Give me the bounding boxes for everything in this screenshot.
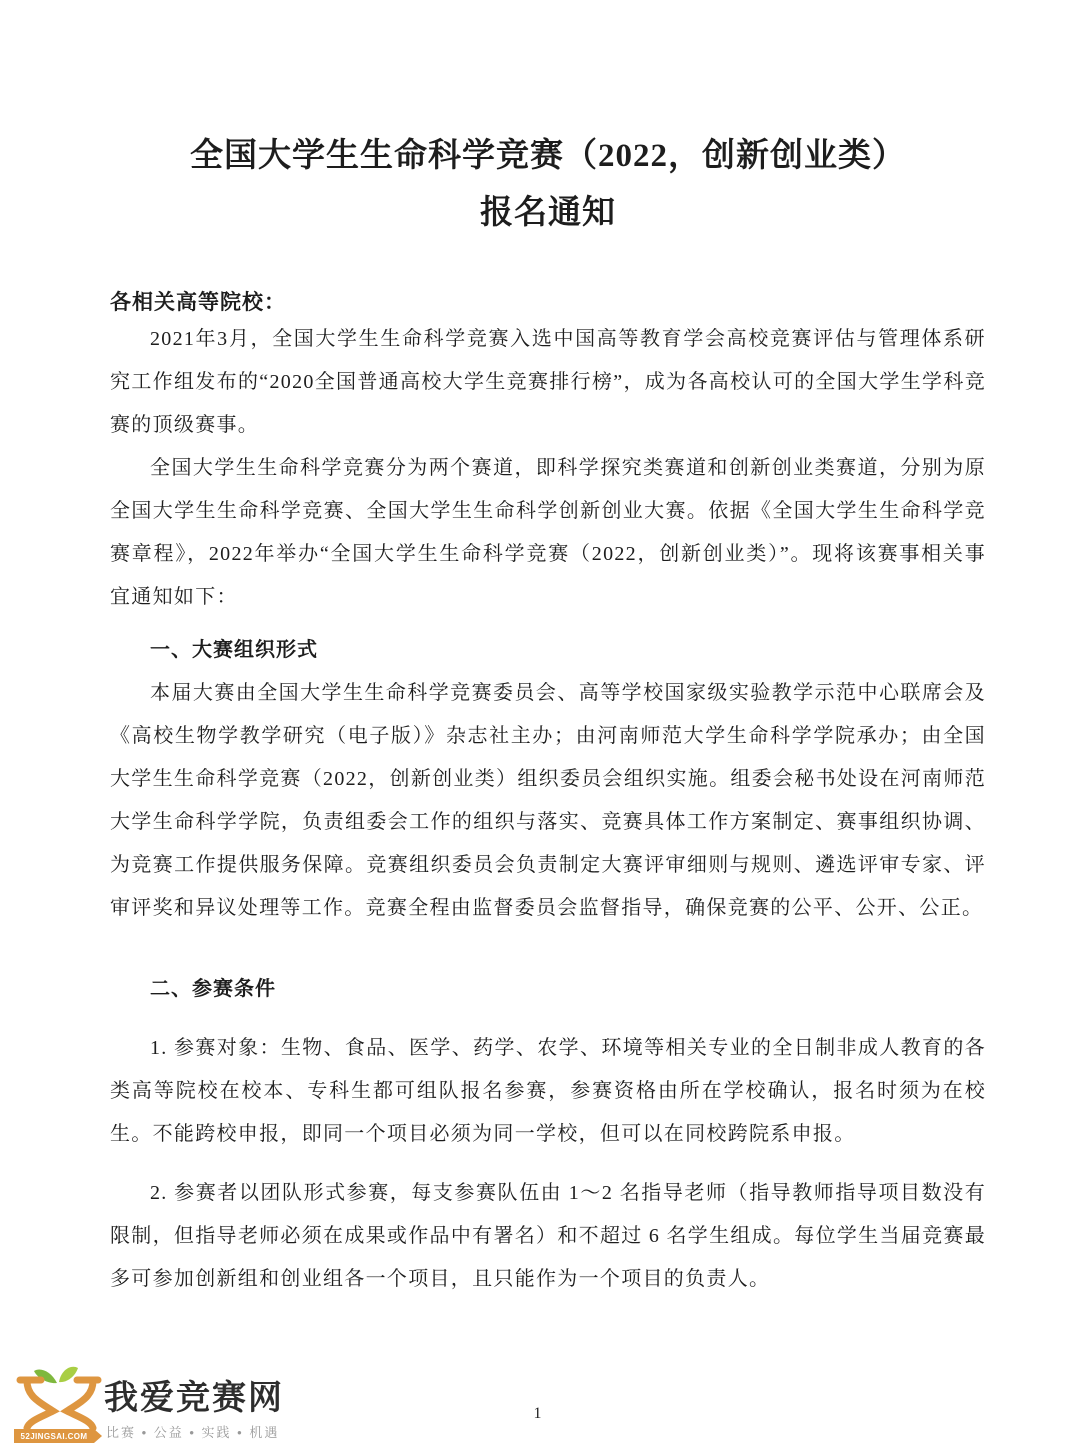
logo-ribbon-banner: 52JINGSAI.COM — [14, 1429, 102, 1443]
document-page: 全国大学生生命科学竞赛（2022，创新创业类） 报名通知 各相关高等院校： 20… — [0, 0, 1075, 1448]
document-body: 全国大学生生命科学竞赛（2022，创新创业类） 报名通知 各相关高等院校： 20… — [110, 128, 986, 1301]
doc-title: 全国大学生生命科学竞赛（2022，创新创业类） 报名通知 — [110, 128, 986, 242]
doc-title-line-1: 全国大学生生命科学竞赛（2022，创新创业类） — [110, 128, 986, 185]
salutation: 各相关高等院校： — [110, 286, 986, 318]
section-1-heading: 一、大赛组织形式 — [110, 629, 986, 672]
intro-paragraph-2: 全国大学生生命科学竞赛分为两个赛道，即科学探究类赛道和创新创业类赛道，分别为原全… — [110, 447, 986, 619]
site-tagline: 比赛 • 公益 • 实践 • 机遇 — [106, 1422, 279, 1441]
section-2-heading: 二、参赛条件 — [110, 968, 986, 1011]
section-2-item-2: 2. 参赛者以团队形式参赛，每支参赛队伍由 1～2 名指导老师（指导教师指导项目… — [110, 1172, 986, 1301]
doc-title-line-2: 报名通知 — [110, 185, 986, 242]
section-1-paragraph: 本届大赛由全国大学生生命科学竞赛委员会、高等学校国家级实验教学示范中心联席会及《… — [110, 672, 986, 930]
section-2-item-1: 1. 参赛对象：生物、食品、医学、药学、农学、环境等相关专业的全日制非成人教育的… — [110, 1027, 986, 1156]
intro-paragraph-1: 2021年3月，全国大学生生命科学竞赛入选中国高等教育学会高校竞赛评估与管理体系… — [110, 318, 986, 447]
page-number: 1 — [0, 1405, 1075, 1423]
logo-banner-text: 52JINGSAI.COM — [21, 1432, 88, 1441]
